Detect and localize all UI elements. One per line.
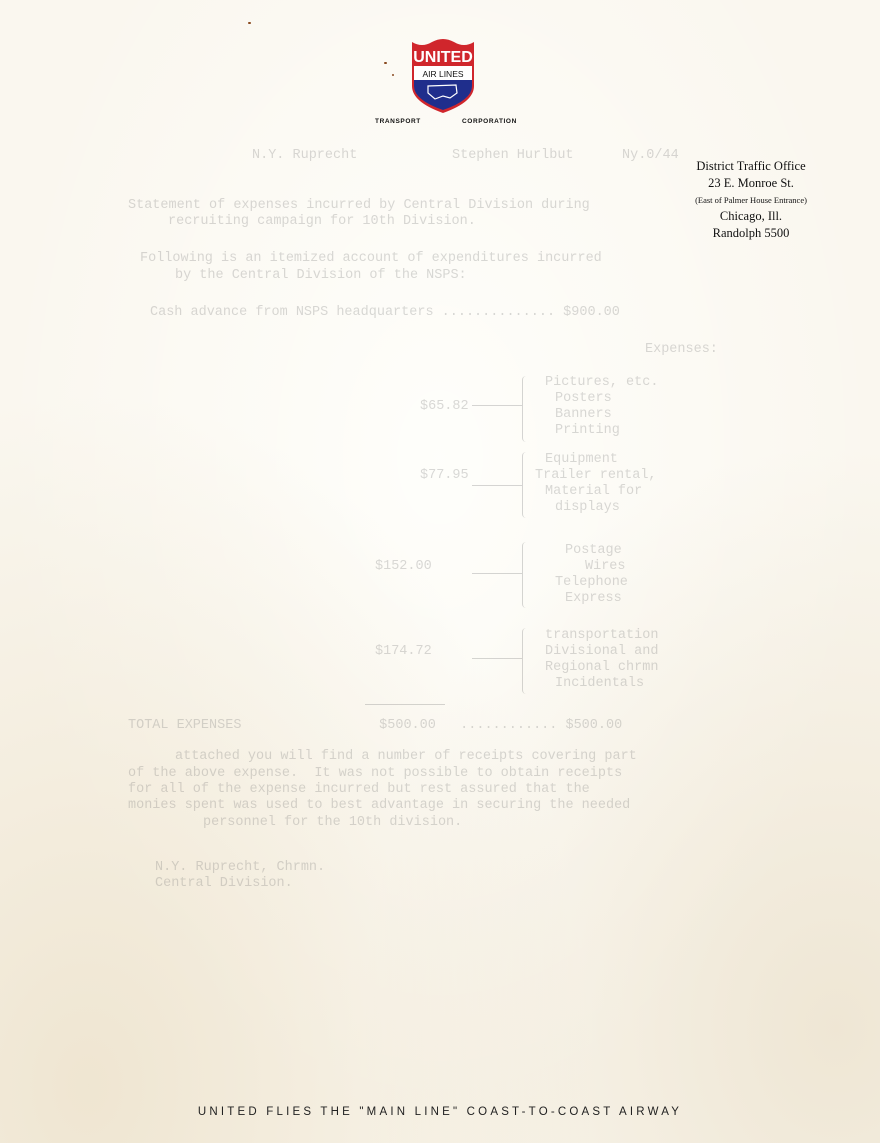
ghost-item: displays (555, 500, 620, 515)
ghost-item: Trailer rental, (535, 468, 657, 483)
address-city: Chicago, Ill. (676, 208, 826, 225)
leader-line (472, 573, 522, 574)
logo-caption-right: CORPORATION (462, 118, 517, 125)
ghost-header-to: N.Y. Ruprecht (252, 148, 357, 163)
shield-icon: UNITED AIR LINES (410, 38, 476, 114)
ghost-item: Postage (565, 543, 622, 558)
address-office: District Traffic Office (676, 158, 826, 175)
address-street: 23 E. Monroe St. (676, 175, 826, 192)
leader-line (472, 405, 522, 406)
ghost-subject-1: Statement of expenses incurred by Centra… (128, 198, 590, 213)
leader-line (472, 658, 522, 659)
address-phone: Randolph 5500 (676, 225, 826, 242)
office-address: District Traffic Office 23 E. Monroe St.… (676, 158, 826, 242)
ghost-item: Material for (545, 484, 642, 499)
ghost-subject-2: recruiting campaign for 10th Division. (168, 214, 476, 229)
ghost-item: Regional chrmn (545, 660, 658, 675)
ghost-item: Telephone (555, 575, 628, 590)
ghost-expenses-label: Expenses: (645, 342, 718, 357)
ghost-item: Pictures, etc. (545, 375, 658, 390)
ghost-header-date: Ny.0/44 (622, 148, 679, 163)
ghost-cash-advance: Cash advance from NSPS headquarters ....… (150, 305, 620, 320)
logo-caption-left: TRANSPORT (375, 118, 421, 125)
ghost-para-5: personnel for the 10th division. (203, 815, 462, 830)
ghost-para-1: attached you will find a number of recei… (175, 749, 637, 764)
ghost-intro-1: Following is an itemized account of expe… (140, 251, 602, 266)
ghost-total: TOTAL EXPENSES $500.00 ............ $500… (128, 718, 622, 733)
ghost-amount: $152.00 (375, 559, 432, 574)
brace-divider (522, 628, 531, 694)
ghost-para-3: for all of the expense incurred but rest… (128, 782, 590, 797)
show-through-typed-letter: N.Y. Ruprecht Stephen Hurlbut Ny.0/44 St… (0, 0, 16, 720)
ghost-para-2: of the above expense. It was not possibl… (128, 766, 622, 781)
ghost-item: Banners (555, 407, 612, 422)
total-rule (365, 704, 445, 705)
ghost-para-4: monies spent was used to best advantage … (128, 798, 630, 813)
address-note: (East of Palmer House Entrance) (676, 192, 826, 208)
ghost-item: Divisional and (545, 644, 658, 659)
ghost-item: Printing (555, 423, 620, 438)
united-air-lines-logo: UNITED AIR LINES TRANSPORT CORPORATION (372, 38, 522, 130)
ghost-item: Express (565, 591, 622, 606)
paper-speck (248, 22, 251, 24)
brace-divider (522, 452, 531, 518)
ghost-signature-1: N.Y. Ruprecht, Chrmn. (155, 860, 325, 875)
svg-text:UNITED: UNITED (413, 49, 473, 66)
footer-slogan: UNITED FLIES THE "MAIN LINE" COAST-TO-CO… (0, 1106, 880, 1118)
svg-text:AIR LINES: AIR LINES (422, 69, 463, 79)
ghost-amount: $65.82 (420, 399, 469, 414)
ghost-item: Wires (585, 559, 626, 574)
ghost-item: Incidentals (555, 676, 644, 691)
ghost-item: transportation (545, 628, 658, 643)
ghost-item: Posters (555, 391, 612, 406)
brace-divider (522, 376, 531, 442)
ghost-header-from: Stephen Hurlbut (452, 148, 574, 163)
leader-line (472, 485, 522, 486)
ghost-signature-2: Central Division. (155, 876, 293, 891)
brace-divider (522, 542, 531, 608)
ghost-amount: $77.95 (420, 468, 469, 483)
ghost-item: Equipment (545, 452, 618, 467)
ghost-intro-2: by the Central Division of the NSPS: (175, 268, 467, 283)
ghost-amount: $174.72 (375, 644, 432, 659)
